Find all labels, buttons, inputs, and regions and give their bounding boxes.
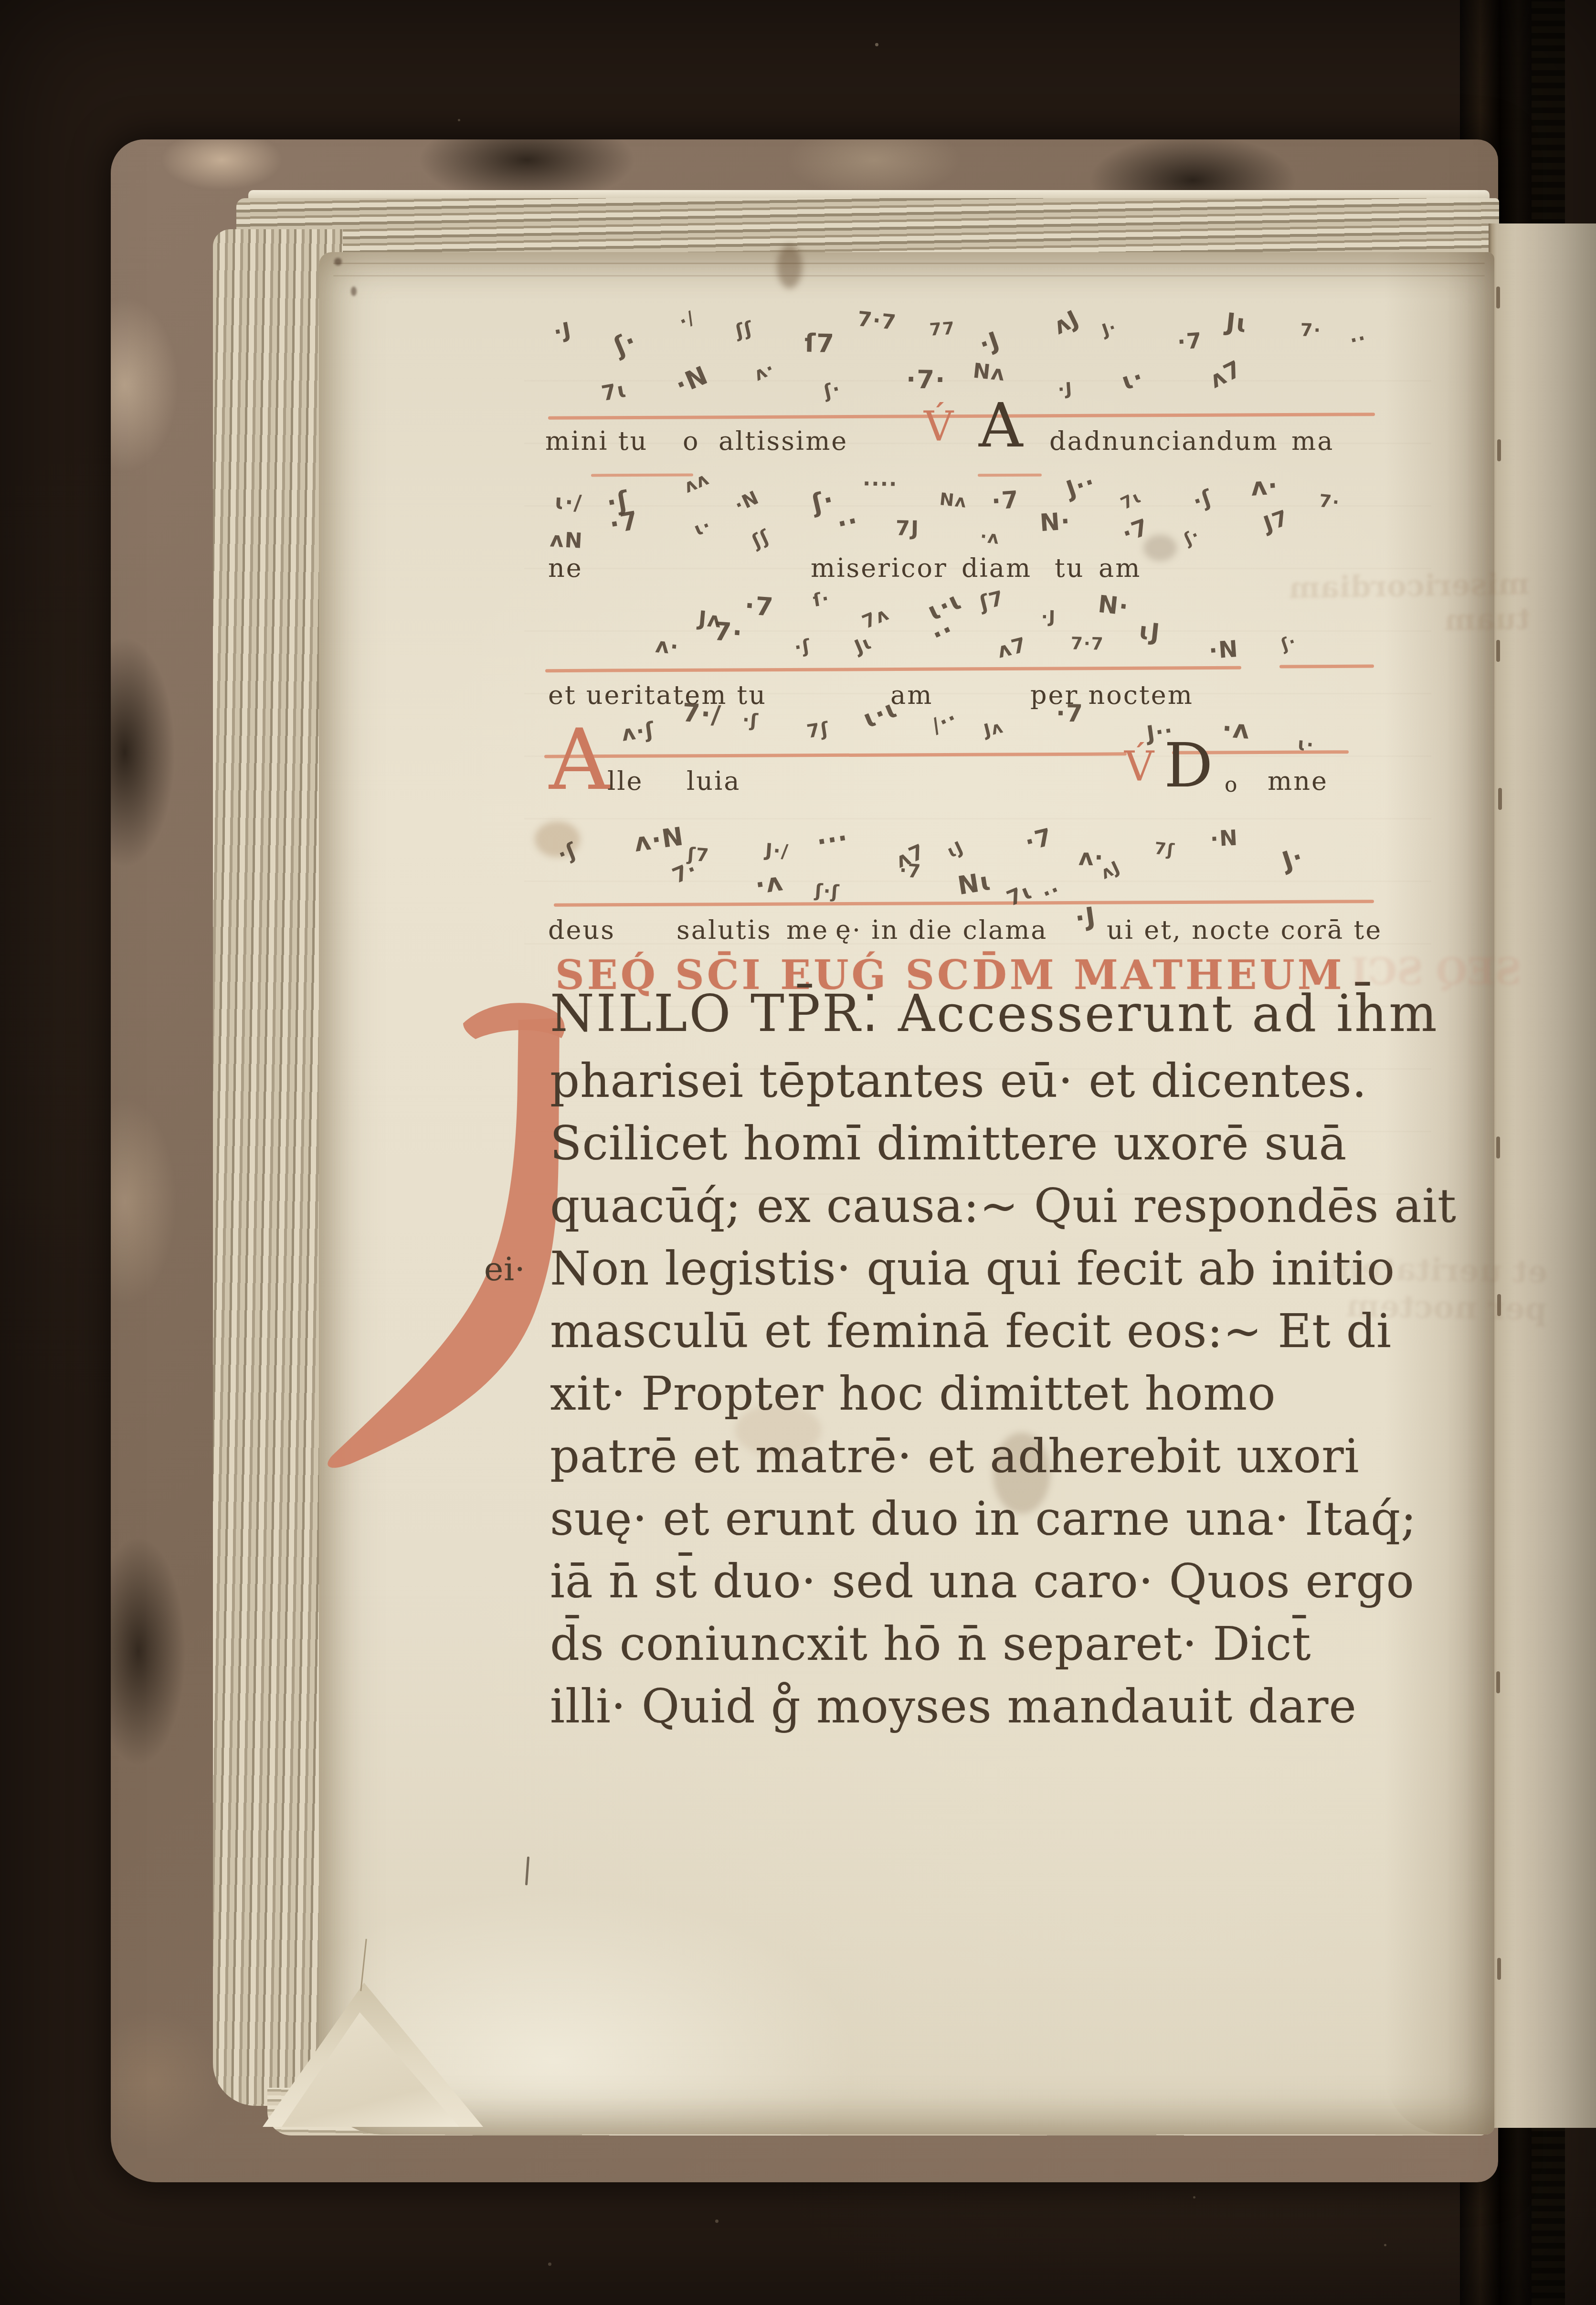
staff-line xyxy=(1279,665,1374,669)
neume-mark: Nʌ xyxy=(939,489,968,512)
binding-stitch xyxy=(1498,788,1502,810)
neume-mark: ɩJ xyxy=(1138,617,1162,647)
gospel-line-text: quacūq́; ex causa:~ Qui respondēs ait xyxy=(550,1179,1457,1233)
chant-notation-block: ·Jʃ··/ʃʃſ77·777·JʌJJ··7Jɩ7···7ɩ·Nʌ·ʃ··7·… xyxy=(535,0,1399,1012)
versus-mark: V́ xyxy=(1124,746,1154,787)
spot-stain xyxy=(334,258,342,266)
gospel-line-text: xit· Propter hoc dimittet homo xyxy=(550,1367,1276,1421)
dust-specks xyxy=(0,0,1,1)
neume-mark: ɩ·/ xyxy=(554,490,583,516)
neume-mark: N· xyxy=(1097,590,1131,621)
neume-mark: ·7 xyxy=(1056,699,1084,727)
neume-mark: ···· xyxy=(863,472,898,496)
gospel-line-text: Scilicet homı̄ dimittere uxorē suā xyxy=(550,1116,1347,1170)
music-system: ɩ·/·ʃʌʌ·Nʃ·····Nʌ·7J··7ɩ·ʃʌ·7·ʌN·7ɩ·ʃʃ··… xyxy=(535,478,1399,592)
neume-mark: ·ʌ xyxy=(1221,714,1251,745)
binding-stitch xyxy=(1496,287,1500,308)
neume-mark: Nʌ xyxy=(972,359,1006,386)
neume-mark: 7·7 xyxy=(1070,634,1104,654)
neume-mark: ʌ·N xyxy=(633,822,687,858)
neume-mark: ·J xyxy=(1073,902,1098,934)
neume-mark: 7·7 xyxy=(856,307,898,335)
neume-mark: ·J xyxy=(1057,379,1074,400)
neume-mark: ɩ· xyxy=(690,514,714,540)
staff-line xyxy=(544,752,1127,758)
neume-mark: J· xyxy=(1279,842,1308,875)
neume-mark: ·N xyxy=(1208,635,1239,664)
neume-mark: J·/ xyxy=(764,839,790,862)
neume-mark: 7ʃ xyxy=(1153,839,1176,860)
neume-mark: 7ʌ xyxy=(859,603,892,633)
music-system: Jʌ·7ſ·7ʌɩ·ɩʃ7·JN·ʌ·7··ʃJɩ··ʌ77·7ɩJ·Nʃ·et… xyxy=(535,592,1399,712)
chant-lyric: am xyxy=(890,680,933,710)
chant-lyric: me xyxy=(786,915,829,945)
neume-mark: ·7 xyxy=(991,486,1020,515)
neume-mark: ·7 xyxy=(744,591,775,622)
binding-stitch xyxy=(1496,1671,1500,1693)
neume-mark: ·7 xyxy=(607,506,641,540)
gospel-line: iā n̄ st̄ duo· sed una caro· Quos ergo xyxy=(550,1550,1457,1613)
binding-stitch xyxy=(1497,439,1501,461)
neume-mark: 7·/ xyxy=(681,698,722,730)
gospel-line: illi· Quid g̊ moyses mandauit dare xyxy=(550,1675,1457,1738)
neume-mark: ɩ· xyxy=(1118,362,1147,395)
neume-mark: ·7 xyxy=(898,860,922,883)
gospel-line: masculū et feminā fecit eos:~ Et di xyxy=(550,1300,1457,1362)
neume-mark: ʃ· xyxy=(809,485,837,518)
chant-lyric: ui et, nocte corā te xyxy=(1107,915,1382,945)
neume-mark: ſ7 xyxy=(804,329,835,358)
neume-mark: ·7 xyxy=(1119,513,1152,547)
marginal-word: ei· xyxy=(484,1238,526,1301)
neume-mark: 7ɩ xyxy=(600,378,629,406)
chant-lyric: o xyxy=(683,426,700,456)
show-through-text: misericordiamtuam xyxy=(1289,566,1531,640)
neume-mark: ·/ xyxy=(676,307,698,332)
gospel-line-text: patrē et matrē· et adherebit uxori xyxy=(550,1429,1360,1483)
neume-mark: ·N xyxy=(671,361,713,400)
neume-mark: ʃʃ xyxy=(749,525,773,552)
music-system: ·ʃʌ·Nʃ7J·/···ʌ7ɩJ·7ʌ·7ʃ·NJ·7··ʌʃ·ʃ·7Nɩ··… xyxy=(535,831,1399,965)
spot-stain xyxy=(351,287,357,296)
neume-mark: 7· xyxy=(1318,490,1341,512)
chant-lyric: ę· in die clama xyxy=(835,915,1048,945)
neume-mark: 77 xyxy=(929,319,956,340)
gospel-line: NILLO TP̄R⁚ Accesserunt ad ih̄m xyxy=(550,978,1457,1050)
neume-mark: ·N xyxy=(731,487,762,517)
versus-mark: V́ xyxy=(924,406,953,447)
gospel-line: patrē et matrē· et adherebit uxori xyxy=(550,1425,1457,1487)
chant-lyric: luia xyxy=(687,766,741,796)
binding-stitch xyxy=(1496,640,1500,662)
staff-line xyxy=(548,413,1375,420)
gospel-line: d̄s coniuncxit hō n̄ separet· Dict̄ xyxy=(550,1613,1457,1675)
neume-mark: ·· xyxy=(835,506,862,539)
neume-mark: ʃ· xyxy=(822,378,843,403)
neume-mark: Jɩ xyxy=(1225,308,1249,339)
chant-lyric: ma xyxy=(1291,426,1334,456)
chant-lyric: am xyxy=(1099,553,1141,583)
neume-mark: ·7 xyxy=(1177,328,1204,355)
neume-mark: Jɩ xyxy=(852,632,876,658)
chant-initial: A xyxy=(549,718,610,802)
gospel-text-block: NILLO TP̄R⁚ Accesserunt ad ih̄mpharisei … xyxy=(550,978,1457,1738)
chant-initial: D xyxy=(1164,735,1213,797)
gospel-line-text: iā n̄ st̄ duo· sed una caro· Quos ergo xyxy=(550,1554,1415,1608)
neume-mark: ·ʌ xyxy=(753,867,785,900)
staff-line-short xyxy=(591,474,693,477)
chant-lyric: salutis xyxy=(676,915,772,945)
neume-mark: ·ʃ xyxy=(1190,484,1216,514)
staff-line xyxy=(554,900,1374,906)
gospel-line: Scilicet homı̄ dimittere uxorē suā xyxy=(550,1112,1457,1175)
neume-mark: N· xyxy=(1039,507,1072,537)
chant-lyric: o xyxy=(1225,773,1237,797)
gospel-line-text: d̄s coniuncxit hō n̄ separet· Dict̄ xyxy=(550,1617,1311,1671)
neume-mark: ʃ· xyxy=(610,326,641,361)
binding-stitch xyxy=(1496,1137,1500,1158)
chant-lyric: per noctem xyxy=(1030,680,1194,710)
neume-mark: ·J xyxy=(1041,607,1057,627)
neume-mark: ·N xyxy=(1209,825,1238,851)
neume-mark: ʌ· xyxy=(655,633,680,659)
gospel-line: quacūq́; ex causa:~ Qui respondēs ait xyxy=(550,1175,1457,1237)
chant-lyric: lle xyxy=(607,766,644,796)
neume-mark: J· xyxy=(1100,318,1120,340)
gospel-line: xit· Propter hoc dimittet homo xyxy=(550,1362,1457,1425)
neume-mark: ·· xyxy=(1348,327,1369,352)
chant-lyric: mne xyxy=(1268,766,1328,796)
neume-mark: ʌ7 xyxy=(1205,355,1247,393)
chant-lyric: tu xyxy=(1055,553,1084,583)
gospel-line-text: pharisei tēptantes eū· et dicentes. xyxy=(550,1054,1367,1108)
neume-mark: 7J xyxy=(896,517,920,541)
chant-lyric: misericor xyxy=(811,553,948,583)
neume-mark: ·J xyxy=(552,318,573,345)
gospel-line-text: suę· et erunt duo in carne una· Itaq́; xyxy=(550,1492,1417,1546)
neume-mark: ··· xyxy=(815,823,851,857)
gospel-line-text: masculū et feminā fecit eos:~ Et di xyxy=(550,1304,1392,1358)
neume-mark: ·ʃ xyxy=(793,635,812,658)
neume-mark: ʌ· xyxy=(750,357,778,385)
neume-mark: ʃʃ xyxy=(734,318,756,342)
gospel-line-text: Non legistis· quia qui fecit ab initio xyxy=(550,1242,1395,1296)
neume-mark: ʌ·ʃ xyxy=(620,717,656,746)
neume-mark: ſ· xyxy=(812,587,831,611)
chant-lyric: mini tu xyxy=(545,426,648,456)
neume-mark: 7· xyxy=(713,617,744,648)
gospel-line: suę· et erunt duo in carne una· Itaq́; xyxy=(550,1487,1457,1550)
neume-mark: ·ʌ xyxy=(979,527,1001,548)
neume-mark: ·ʃ xyxy=(554,838,581,868)
chant-lyric: dadnunciandum xyxy=(1049,426,1279,456)
neume-mark: Jʌ xyxy=(982,717,1006,741)
chant-lyric: diam xyxy=(962,553,1032,583)
neume-mark: ʌ7 xyxy=(994,633,1029,663)
staff-line xyxy=(545,666,1241,672)
gospel-line-text: NILLO TP̄R⁚ Accesserunt ad ih̄m xyxy=(550,984,1439,1043)
neume-mark: ɩJ xyxy=(944,838,966,862)
gospel-line: ei·Non legistis· quia qui fecit ab initi… xyxy=(550,1237,1457,1300)
neume-mark: 7· xyxy=(1300,319,1322,340)
neume-mark: J7 xyxy=(1260,505,1292,537)
neume-mark: ʌJ xyxy=(1049,305,1084,340)
chant-initial: A xyxy=(979,395,1023,457)
chant-lyric: et ueritatem tu xyxy=(548,680,767,710)
neume-mark: ʃ· xyxy=(1181,525,1203,549)
neume-mark: ʌN xyxy=(549,527,583,553)
neume-mark: 7ɩ xyxy=(1118,488,1145,514)
manuscript-photograph: ·Jʃ··/ʃʃſ77·777·JʌJJ··7Jɩ7···7ɩ·Nʌ·ʃ··7·… xyxy=(0,0,1596,2305)
parchment-crack xyxy=(360,1939,367,1991)
neume-mark: ʌ· xyxy=(1250,471,1279,502)
binding-stitch xyxy=(1497,1958,1501,1980)
chant-lyric: deus xyxy=(548,915,615,945)
neume-mark: ·7· xyxy=(906,365,946,395)
neume-mark: ɩ· xyxy=(1297,733,1315,755)
gospel-line-text: illi· Quid g̊ moyses mandauit dare xyxy=(550,1679,1357,1733)
chant-lyric: ne xyxy=(548,553,583,583)
staff-line-short xyxy=(978,474,1042,477)
show-through-text: SEQ SCI xyxy=(1351,950,1521,993)
neume-mark: /·· xyxy=(928,706,961,738)
neume-mark: 7ʃ xyxy=(805,718,831,743)
neume-mark: 7ɩ xyxy=(1004,879,1036,912)
facing-page-sliver xyxy=(1489,223,1596,2128)
show-through-text: et ueritatemper noctem xyxy=(1327,1249,1548,1328)
gospel-line: pharisei tēptantes eū· et dicentes. xyxy=(550,1050,1457,1112)
neume-mark: Nɩ xyxy=(956,867,994,901)
neume-mark: ʃ·ʃ xyxy=(814,880,841,903)
neume-mark: ·J xyxy=(976,326,1004,359)
neume-mark: ·ʃ xyxy=(741,709,759,731)
chant-lyric: altissime xyxy=(719,426,848,456)
